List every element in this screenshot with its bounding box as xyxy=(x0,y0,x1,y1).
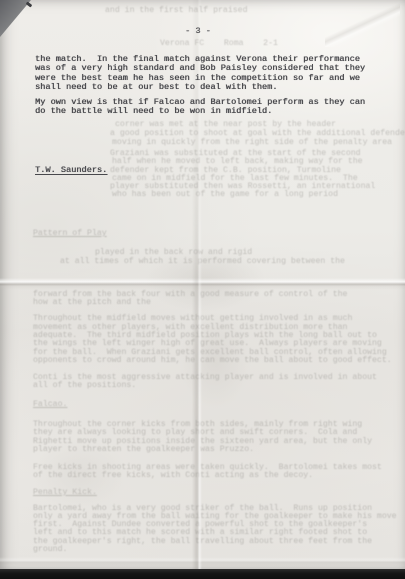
bleedthrough-line: Falcao. xyxy=(33,401,67,410)
scanned-document: - 3 - the match. In the final match agai… xyxy=(0,0,405,579)
bleedthrough-line: Pattern of Play xyxy=(33,230,107,239)
staple-mark xyxy=(26,1,33,7)
paper-wrinkle xyxy=(170,300,260,420)
fold-crease-horizontal xyxy=(0,278,405,290)
bleedthrough-line: who has been out of the game for a long … xyxy=(112,191,338,200)
folded-corner xyxy=(0,0,31,37)
bleedthrough-line: all of the positions. xyxy=(33,382,136,391)
paper-wrinkle xyxy=(20,430,140,520)
bleedthrough-line: the goalkeeper's right, the ball travell… xyxy=(33,538,372,547)
bleedthrough-line: moving in quickly from the right side of… xyxy=(112,139,392,148)
bleedthrough-line: ground. xyxy=(33,546,67,555)
fold-crease-horizontal-lower xyxy=(0,557,405,566)
crease-top-right xyxy=(325,2,400,47)
bleedthrough-line: Verona FC Roma 2-1 xyxy=(160,40,278,49)
signature: T.W. Saunders. xyxy=(35,166,107,175)
fold-crease-vertical xyxy=(192,0,202,570)
paper-page: - 3 - the match. In the final match agai… xyxy=(0,0,405,570)
bleedthrough-line: and in the first half praised xyxy=(105,7,248,16)
scanner-edge xyxy=(0,569,405,579)
